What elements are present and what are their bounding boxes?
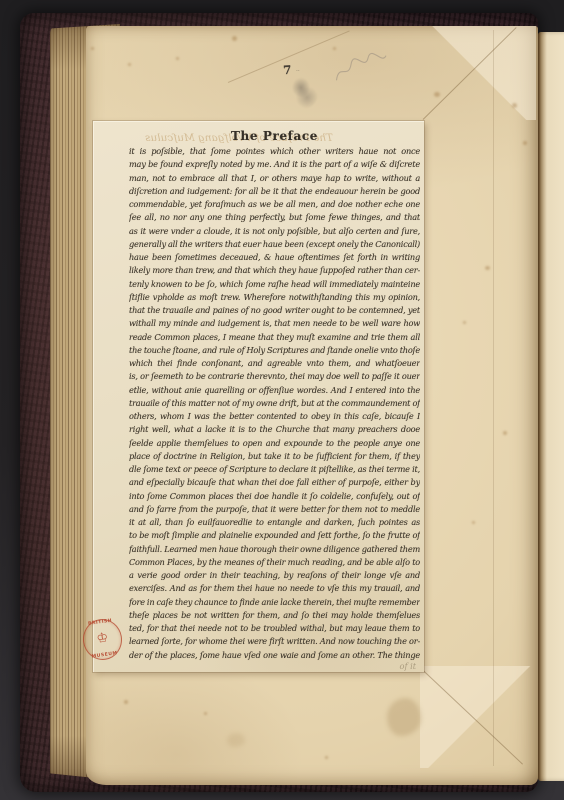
preface-body: it is poſsible, that ſome pointes which … — [129, 145, 420, 662]
text-line: right well, what a lacke it is to the Ch… — [129, 423, 420, 436]
text-line: the touche ſtoane, and rule of Holy Scri… — [129, 344, 420, 357]
text-line: commendable, yet foraſmuch as we be all … — [129, 198, 420, 211]
text-line: and eſpecially bicauſe that whan thei do… — [129, 476, 420, 489]
text-line: to be moſt ſimplie and plainelie expound… — [129, 529, 420, 542]
foxing-spot — [485, 266, 490, 270]
text-line: likely more than trew, and that which th… — [129, 264, 420, 277]
foxing-spot — [325, 756, 328, 759]
foxing-spot — [333, 47, 336, 50]
folio-tick-marks: ·· — [296, 68, 300, 75]
foxing-spot — [463, 321, 466, 324]
foxing-spot — [512, 103, 517, 108]
text-line: as it were vnder a cloude, it is not onl… — [129, 225, 420, 238]
foxing-spot — [503, 431, 507, 435]
text-line: and ſo farre from the purpoſe, that it w… — [129, 503, 420, 516]
text-line: generally all the writers that euer haue… — [129, 238, 420, 251]
text-line: ted, for that thei neede not to be troub… — [129, 622, 420, 635]
foxing-spot — [232, 36, 237, 41]
text-line: dle ſome text or peece of Scripture to d… — [129, 463, 420, 476]
text-line: learned ſorte, for whome thei were firſt… — [129, 635, 420, 648]
preface-heading: The Preface — [129, 129, 420, 143]
text-line: a verie good order in their teaching, by… — [129, 569, 420, 582]
foxing-spot — [434, 92, 440, 97]
foxing-spot — [204, 712, 207, 715]
foxing-spot — [390, 302, 392, 304]
folio-number: 7 — [283, 63, 292, 77]
text-line: ſtiflie vpholde as moſt trew. Wherefore … — [129, 291, 420, 304]
text-line: man, not to embrace all that I, or other… — [129, 172, 420, 185]
text-line: der of the places, ſome haue vſed one wa… — [129, 649, 420, 662]
text-line: place of doctrine in Religion, but take … — [129, 450, 420, 463]
printed-leaf: The Preface of VVolfgang Muſculus The Pr… — [93, 121, 424, 672]
text-line: ſee all, no nor any one thing perfectly,… — [129, 211, 420, 224]
text-line: Common Places, by the meanes of their mu… — [129, 556, 420, 569]
text-line: tenly knowen to be ſo, which ſome raſhe … — [129, 278, 420, 291]
text-line: which thei finde conſonant, and agreable… — [129, 357, 420, 370]
text-line: withall my minde and iudgement is, that … — [129, 317, 420, 330]
text-line: fore in caſe they chaunce to finde anie … — [129, 596, 420, 609]
text-line: it is poſsible, that ſome pointes which … — [129, 145, 420, 158]
book-photograph: The Preface of VVolfgang Muſculus The Pr… — [0, 0, 564, 800]
foxing-spot — [124, 700, 128, 704]
text-line: that the trauaile and paines of no good … — [129, 304, 420, 317]
text-line: haue been ſometimes deceaued, & haue oft… — [129, 251, 420, 264]
crown-icon: ♔ — [96, 631, 109, 645]
text-line: it at all, than ſo euilfauoredlie to ent… — [129, 516, 420, 529]
foxing-spot — [91, 47, 94, 50]
cropped-next-line: of it — [400, 661, 416, 671]
text-line: is, or ſeemeth to be contrarie therevnto… — [129, 370, 420, 383]
foxing-spot — [523, 141, 527, 145]
foxing-spot — [250, 162, 252, 164]
text-line: trauaile of this matter not of my owne d… — [129, 397, 420, 410]
text-line: others, whom I was the better contented … — [129, 410, 420, 423]
text-line: may be found expreſly noted by me. And i… — [129, 158, 420, 171]
text-line: faithfull. Learned men haue thorough the… — [129, 543, 420, 556]
text-line: reade Common places, I meane that they m… — [129, 331, 420, 344]
text-line: diſcretion and iudgement: for all be it … — [129, 185, 420, 198]
text-line: exerciſes. And as for them thei haue no … — [129, 582, 420, 595]
foxing-spot — [128, 63, 131, 66]
foxing-spot — [472, 521, 475, 524]
text-line: ſeelde applie themſelues to open and exp… — [129, 437, 420, 450]
foxing-spot — [176, 57, 179, 60]
text-line: etlie, without anie quarelling or offenſ… — [129, 384, 420, 397]
vertical-fold-line — [493, 30, 494, 766]
text-line: theſe places be not written for them, an… — [129, 609, 420, 622]
facing-page-sliver — [538, 32, 564, 781]
text-line: into ſome Common places thei doe handle … — [129, 490, 420, 503]
